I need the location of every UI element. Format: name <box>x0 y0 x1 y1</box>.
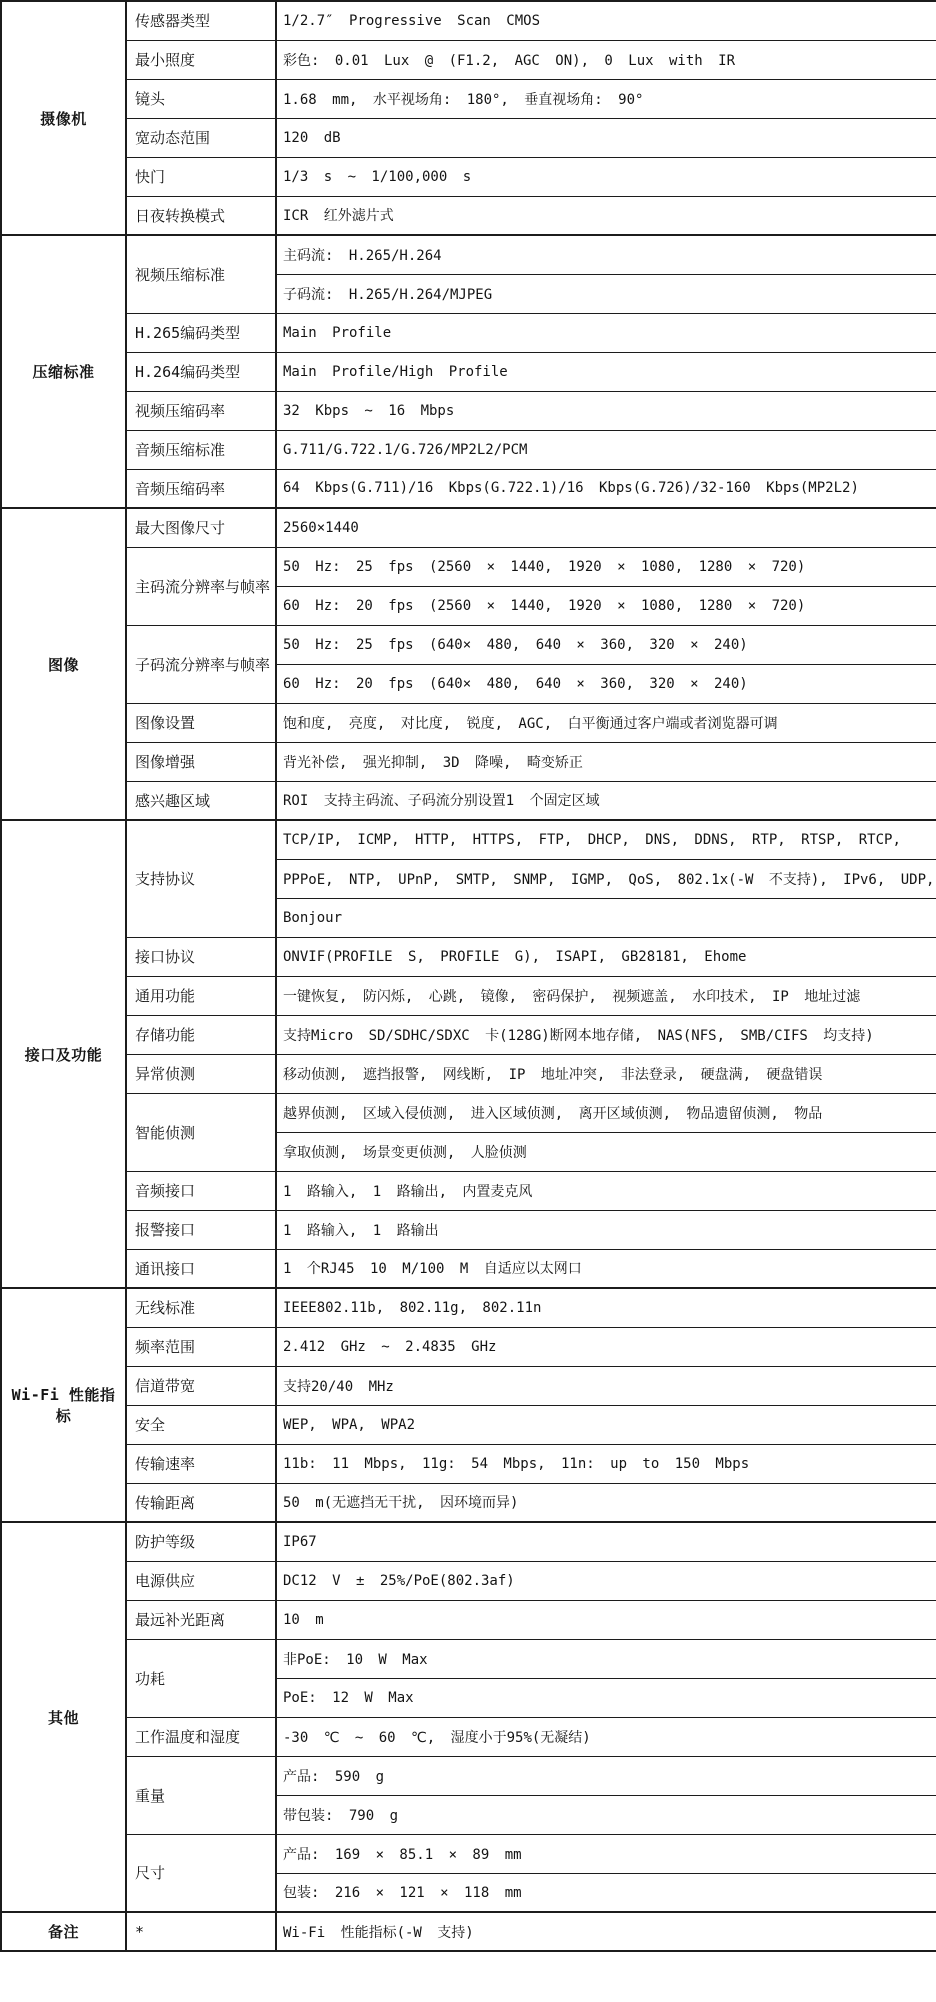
spec-value-cell: PoE: 12 W Max <box>276 1678 936 1717</box>
spec-label-cell: 感兴趣区域 <box>126 781 276 820</box>
table-row: 备注*Wi-Fi 性能指标(-W 支持) <box>1 1912 936 1951</box>
table-row: 尺寸产品: 169 × 85.1 × 89 mm <box>1 1834 936 1873</box>
spec-sheet-page: 摄像机传感器类型1/2.7″ Progressive Scan CMOS最小照度… <box>0 0 936 1952</box>
table-row: 音频压缩标准G.711/G.722.1/G.726/MP2L2/PCM <box>1 430 936 469</box>
spec-label-cell: 通讯接口 <box>126 1249 276 1288</box>
spec-value-cell: 120 dB <box>276 118 936 157</box>
spec-value-cell: 1/3 s ~ 1/100,000 s <box>276 157 936 196</box>
spec-value-cell: G.711/G.722.1/G.726/MP2L2/PCM <box>276 430 936 469</box>
spec-label-cell: 最小照度 <box>126 40 276 79</box>
table-row: 最远补光距离10 m <box>1 1600 936 1639</box>
spec-value-cell: 60 Hz: 20 fps (2560 × 1440, 1920 × 1080,… <box>276 586 936 625</box>
spec-label-cell: 安全 <box>126 1405 276 1444</box>
spec-label-cell: 信道带宽 <box>126 1366 276 1405</box>
spec-label-cell: 重量 <box>126 1756 276 1834</box>
spec-value-cell: Wi-Fi 性能指标(-W 支持) <box>276 1912 936 1951</box>
table-row: H.265编码类型Main Profile <box>1 313 936 352</box>
spec-value-cell: ROI 支持主码流、子码流分别设置1 个固定区域 <box>276 781 936 820</box>
spec-value-cell: 64 Kbps(G.711)/16 Kbps(G.722.1)/16 Kbps(… <box>276 469 936 508</box>
spec-value-cell: -30 ℃ ~ 60 ℃, 湿度小于95%(无凝结) <box>276 1717 936 1756</box>
spec-value-cell: 1 路输入, 1 路输出 <box>276 1210 936 1249</box>
spec-label-cell: 音频压缩标准 <box>126 430 276 469</box>
spec-value-cell: PPPoE, NTP, UPnP, SMTP, SNMP, IGMP, QoS,… <box>276 859 936 898</box>
table-row: 其他防护等级IP67 <box>1 1522 936 1561</box>
table-row: 工作温度和湿度-30 ℃ ~ 60 ℃, 湿度小于95%(无凝结) <box>1 1717 936 1756</box>
spec-label-cell: 传输距离 <box>126 1483 276 1522</box>
spec-value-cell: TCP/IP, ICMP, HTTP, HTTPS, FTP, DHCP, DN… <box>276 820 936 859</box>
table-row: 存储功能支持Micro SD/SDHC/SDXC 卡(128G)断网本地存储, … <box>1 1015 936 1054</box>
spec-label-cell: 无线标准 <box>126 1288 276 1327</box>
spec-label-cell: 子码流分辨率与帧率 <box>126 625 276 703</box>
spec-label-cell: 尺寸 <box>126 1834 276 1912</box>
spec-value-cell: 1.68 mm, 水平视场角: 180°, 垂直视场角: 90° <box>276 79 936 118</box>
spec-value-cell: 产品: 169 × 85.1 × 89 mm <box>276 1834 936 1873</box>
spec-value-cell: ONVIF(PROFILE S, PROFILE G), ISAPI, GB28… <box>276 937 936 976</box>
table-row: 电源供应DC12 V ± 25%/PoE(802.3af) <box>1 1561 936 1600</box>
spec-value-cell: 包装: 216 × 121 × 118 mm <box>276 1873 936 1912</box>
spec-value-cell: Bonjour <box>276 898 936 937</box>
spec-value-cell: WEP, WPA, WPA2 <box>276 1405 936 1444</box>
spec-table: 摄像机传感器类型1/2.7″ Progressive Scan CMOS最小照度… <box>0 0 936 1952</box>
spec-label-cell: 通用功能 <box>126 976 276 1015</box>
table-row: 最小照度彩色: 0.01 Lux @ (F1.2, AGC ON), 0 Lux… <box>1 40 936 79</box>
spec-value-cell: 背光补偿, 强光抑制, 3D 降噪, 畸变矫正 <box>276 742 936 781</box>
spec-label-cell: 图像增强 <box>126 742 276 781</box>
table-row: 通用功能一键恢复, 防闪烁, 心跳, 镜像, 密码保护, 视频遮盖, 水印技术,… <box>1 976 936 1015</box>
spec-label-cell: 音频接口 <box>126 1171 276 1210</box>
table-row: 图像设置饱和度, 亮度, 对比度, 锐度, AGC, 白平衡通过客户端或者浏览器… <box>1 703 936 742</box>
table-row: 主码流分辨率与帧率50 Hz: 25 fps (2560 × 1440, 192… <box>1 547 936 586</box>
table-row: 日夜转换模式ICR 红外滤片式 <box>1 196 936 235</box>
table-row: 传输距离50 m(无遮挡无干扰, 因环境而异) <box>1 1483 936 1522</box>
table-row: 视频压缩码率32 Kbps ~ 16 Mbps <box>1 391 936 430</box>
spec-value-cell: 子码流: H.265/H.264/MJPEG <box>276 274 936 313</box>
spec-value-cell: 非PoE: 10 W Max <box>276 1639 936 1678</box>
spec-label-cell: 存储功能 <box>126 1015 276 1054</box>
spec-value-cell: 10 m <box>276 1600 936 1639</box>
spec-table-body: 摄像机传感器类型1/2.7″ Progressive Scan CMOS最小照度… <box>1 1 936 1951</box>
category-cell: 图像 <box>1 508 126 820</box>
spec-label-cell: 图像设置 <box>126 703 276 742</box>
spec-value-cell: 移动侦测, 遮挡报警, 网线断, IP 地址冲突, 非法登录, 硬盘满, 硬盘错… <box>276 1054 936 1093</box>
table-row: H.264编码类型Main Profile/High Profile <box>1 352 936 391</box>
spec-value-cell: 11b: 11 Mbps, 11g: 54 Mbps, 11n: up to 1… <box>276 1444 936 1483</box>
table-row: 图像最大图像尺寸2560×1440 <box>1 508 936 547</box>
spec-label-cell: 防护等级 <box>126 1522 276 1561</box>
spec-label-cell: 异常侦测 <box>126 1054 276 1093</box>
spec-value-cell: 彩色: 0.01 Lux @ (F1.2, AGC ON), 0 Lux wit… <box>276 40 936 79</box>
table-row: 重量产品: 590 g <box>1 1756 936 1795</box>
table-row: 报警接口1 路输入, 1 路输出 <box>1 1210 936 1249</box>
spec-value-cell: 主码流: H.265/H.264 <box>276 235 936 274</box>
spec-value-cell: 50 Hz: 25 fps (640× 480, 640 × 360, 320 … <box>276 625 936 664</box>
spec-label-cell: 最远补光距离 <box>126 1600 276 1639</box>
category-cell: 压缩标准 <box>1 235 126 508</box>
spec-label-cell: 智能侦测 <box>126 1093 276 1171</box>
table-row: 图像增强背光补偿, 强光抑制, 3D 降噪, 畸变矫正 <box>1 742 936 781</box>
spec-value-cell: 1 个RJ45 10 M/100 M 自适应以太网口 <box>276 1249 936 1288</box>
table-row: 信道带宽支持20/40 MHz <box>1 1366 936 1405</box>
table-row: 音频压缩码率64 Kbps(G.711)/16 Kbps(G.722.1)/16… <box>1 469 936 508</box>
spec-value-cell: Main Profile/High Profile <box>276 352 936 391</box>
spec-value-cell: 2560×1440 <box>276 508 936 547</box>
spec-value-cell: 支持Micro SD/SDHC/SDXC 卡(128G)断网本地存储, NAS(… <box>276 1015 936 1054</box>
spec-label-cell: 宽动态范围 <box>126 118 276 157</box>
spec-label-cell: 最大图像尺寸 <box>126 508 276 547</box>
table-row: 快门1/3 s ~ 1/100,000 s <box>1 157 936 196</box>
spec-value-cell: 1 路输入, 1 路输出, 内置麦克风 <box>276 1171 936 1210</box>
spec-value-cell: 一键恢复, 防闪烁, 心跳, 镜像, 密码保护, 视频遮盖, 水印技术, IP … <box>276 976 936 1015</box>
spec-value-cell: 1/2.7″ Progressive Scan CMOS <box>276 1 936 40</box>
spec-value-cell: 50 Hz: 25 fps (2560 × 1440, 1920 × 1080,… <box>276 547 936 586</box>
spec-label-cell: 日夜转换模式 <box>126 196 276 235</box>
table-row: 感兴趣区域ROI 支持主码流、子码流分别设置1 个固定区域 <box>1 781 936 820</box>
spec-label-cell: 功耗 <box>126 1639 276 1717</box>
spec-value-cell: ICR 红外滤片式 <box>276 196 936 235</box>
table-row: 通讯接口1 个RJ45 10 M/100 M 自适应以太网口 <box>1 1249 936 1288</box>
spec-label-cell: H.264编码类型 <box>126 352 276 391</box>
table-row: 子码流分辨率与帧率50 Hz: 25 fps (640× 480, 640 × … <box>1 625 936 664</box>
spec-value-cell: 拿取侦测, 场景变更侦测, 人脸侦测 <box>276 1132 936 1171</box>
spec-label-cell: 传输速率 <box>126 1444 276 1483</box>
spec-label-cell: 工作温度和湿度 <box>126 1717 276 1756</box>
spec-label-cell: 镜头 <box>126 79 276 118</box>
spec-label-cell: 报警接口 <box>126 1210 276 1249</box>
spec-value-cell: 越界侦测, 区域入侵侦测, 进入区域侦测, 离开区域侦测, 物品遗留侦测, 物品 <box>276 1093 936 1132</box>
spec-value-cell: DC12 V ± 25%/PoE(802.3af) <box>276 1561 936 1600</box>
spec-label-cell: 电源供应 <box>126 1561 276 1600</box>
table-row: 压缩标准视频压缩标准主码流: H.265/H.264 <box>1 235 936 274</box>
spec-label-cell: H.265编码类型 <box>126 313 276 352</box>
category-cell: 摄像机 <box>1 1 126 235</box>
spec-label-cell: 视频压缩标准 <box>126 235 276 313</box>
spec-value-cell: 32 Kbps ~ 16 Mbps <box>276 391 936 430</box>
table-row: 传输速率11b: 11 Mbps, 11g: 54 Mbps, 11n: up … <box>1 1444 936 1483</box>
table-row: 宽动态范围120 dB <box>1 118 936 157</box>
table-row: 功耗非PoE: 10 W Max <box>1 1639 936 1678</box>
spec-value-cell: IEEE802.11b, 802.11g, 802.11n <box>276 1288 936 1327</box>
table-row: 接口及功能支持协议TCP/IP, ICMP, HTTP, HTTPS, FTP,… <box>1 820 936 859</box>
category-cell: 其他 <box>1 1522 126 1912</box>
spec-value-cell: 支持20/40 MHz <box>276 1366 936 1405</box>
spec-label-cell: 视频压缩码率 <box>126 391 276 430</box>
category-cell: 备注 <box>1 1912 126 1951</box>
spec-label-cell: 频率范围 <box>126 1327 276 1366</box>
table-row: 频率范围2.412 GHz ~ 2.4835 GHz <box>1 1327 936 1366</box>
spec-value-cell: 带包装: 790 g <box>276 1795 936 1834</box>
table-row: 智能侦测越界侦测, 区域入侵侦测, 进入区域侦测, 离开区域侦测, 物品遗留侦测… <box>1 1093 936 1132</box>
spec-label-cell: * <box>126 1912 276 1951</box>
spec-value-cell: Main Profile <box>276 313 936 352</box>
table-row: Wi-Fi 性能指标无线标准IEEE802.11b, 802.11g, 802.… <box>1 1288 936 1327</box>
table-row: 镜头1.68 mm, 水平视场角: 180°, 垂直视场角: 90° <box>1 79 936 118</box>
category-cell: Wi-Fi 性能指标 <box>1 1288 126 1522</box>
table-row: 接口协议ONVIF(PROFILE S, PROFILE G), ISAPI, … <box>1 937 936 976</box>
spec-label-cell: 快门 <box>126 157 276 196</box>
spec-label-cell: 音频压缩码率 <box>126 469 276 508</box>
spec-value-cell: IP67 <box>276 1522 936 1561</box>
spec-label-cell: 支持协议 <box>126 820 276 937</box>
category-cell: 接口及功能 <box>1 820 126 1288</box>
table-row: 异常侦测移动侦测, 遮挡报警, 网线断, IP 地址冲突, 非法登录, 硬盘满,… <box>1 1054 936 1093</box>
spec-value-cell: 饱和度, 亮度, 对比度, 锐度, AGC, 白平衡通过客户端或者浏览器可调 <box>276 703 936 742</box>
spec-label-cell: 接口协议 <box>126 937 276 976</box>
table-row: 安全WEP, WPA, WPA2 <box>1 1405 936 1444</box>
table-row: 音频接口1 路输入, 1 路输出, 内置麦克风 <box>1 1171 936 1210</box>
spec-value-cell: 产品: 590 g <box>276 1756 936 1795</box>
spec-value-cell: 50 m(无遮挡无干扰, 因环境而异) <box>276 1483 936 1522</box>
spec-value-cell: 2.412 GHz ~ 2.4835 GHz <box>276 1327 936 1366</box>
spec-label-cell: 主码流分辨率与帧率 <box>126 547 276 625</box>
spec-value-cell: 60 Hz: 20 fps (640× 480, 640 × 360, 320 … <box>276 664 936 703</box>
table-row: 摄像机传感器类型1/2.7″ Progressive Scan CMOS <box>1 1 936 40</box>
spec-label-cell: 传感器类型 <box>126 1 276 40</box>
